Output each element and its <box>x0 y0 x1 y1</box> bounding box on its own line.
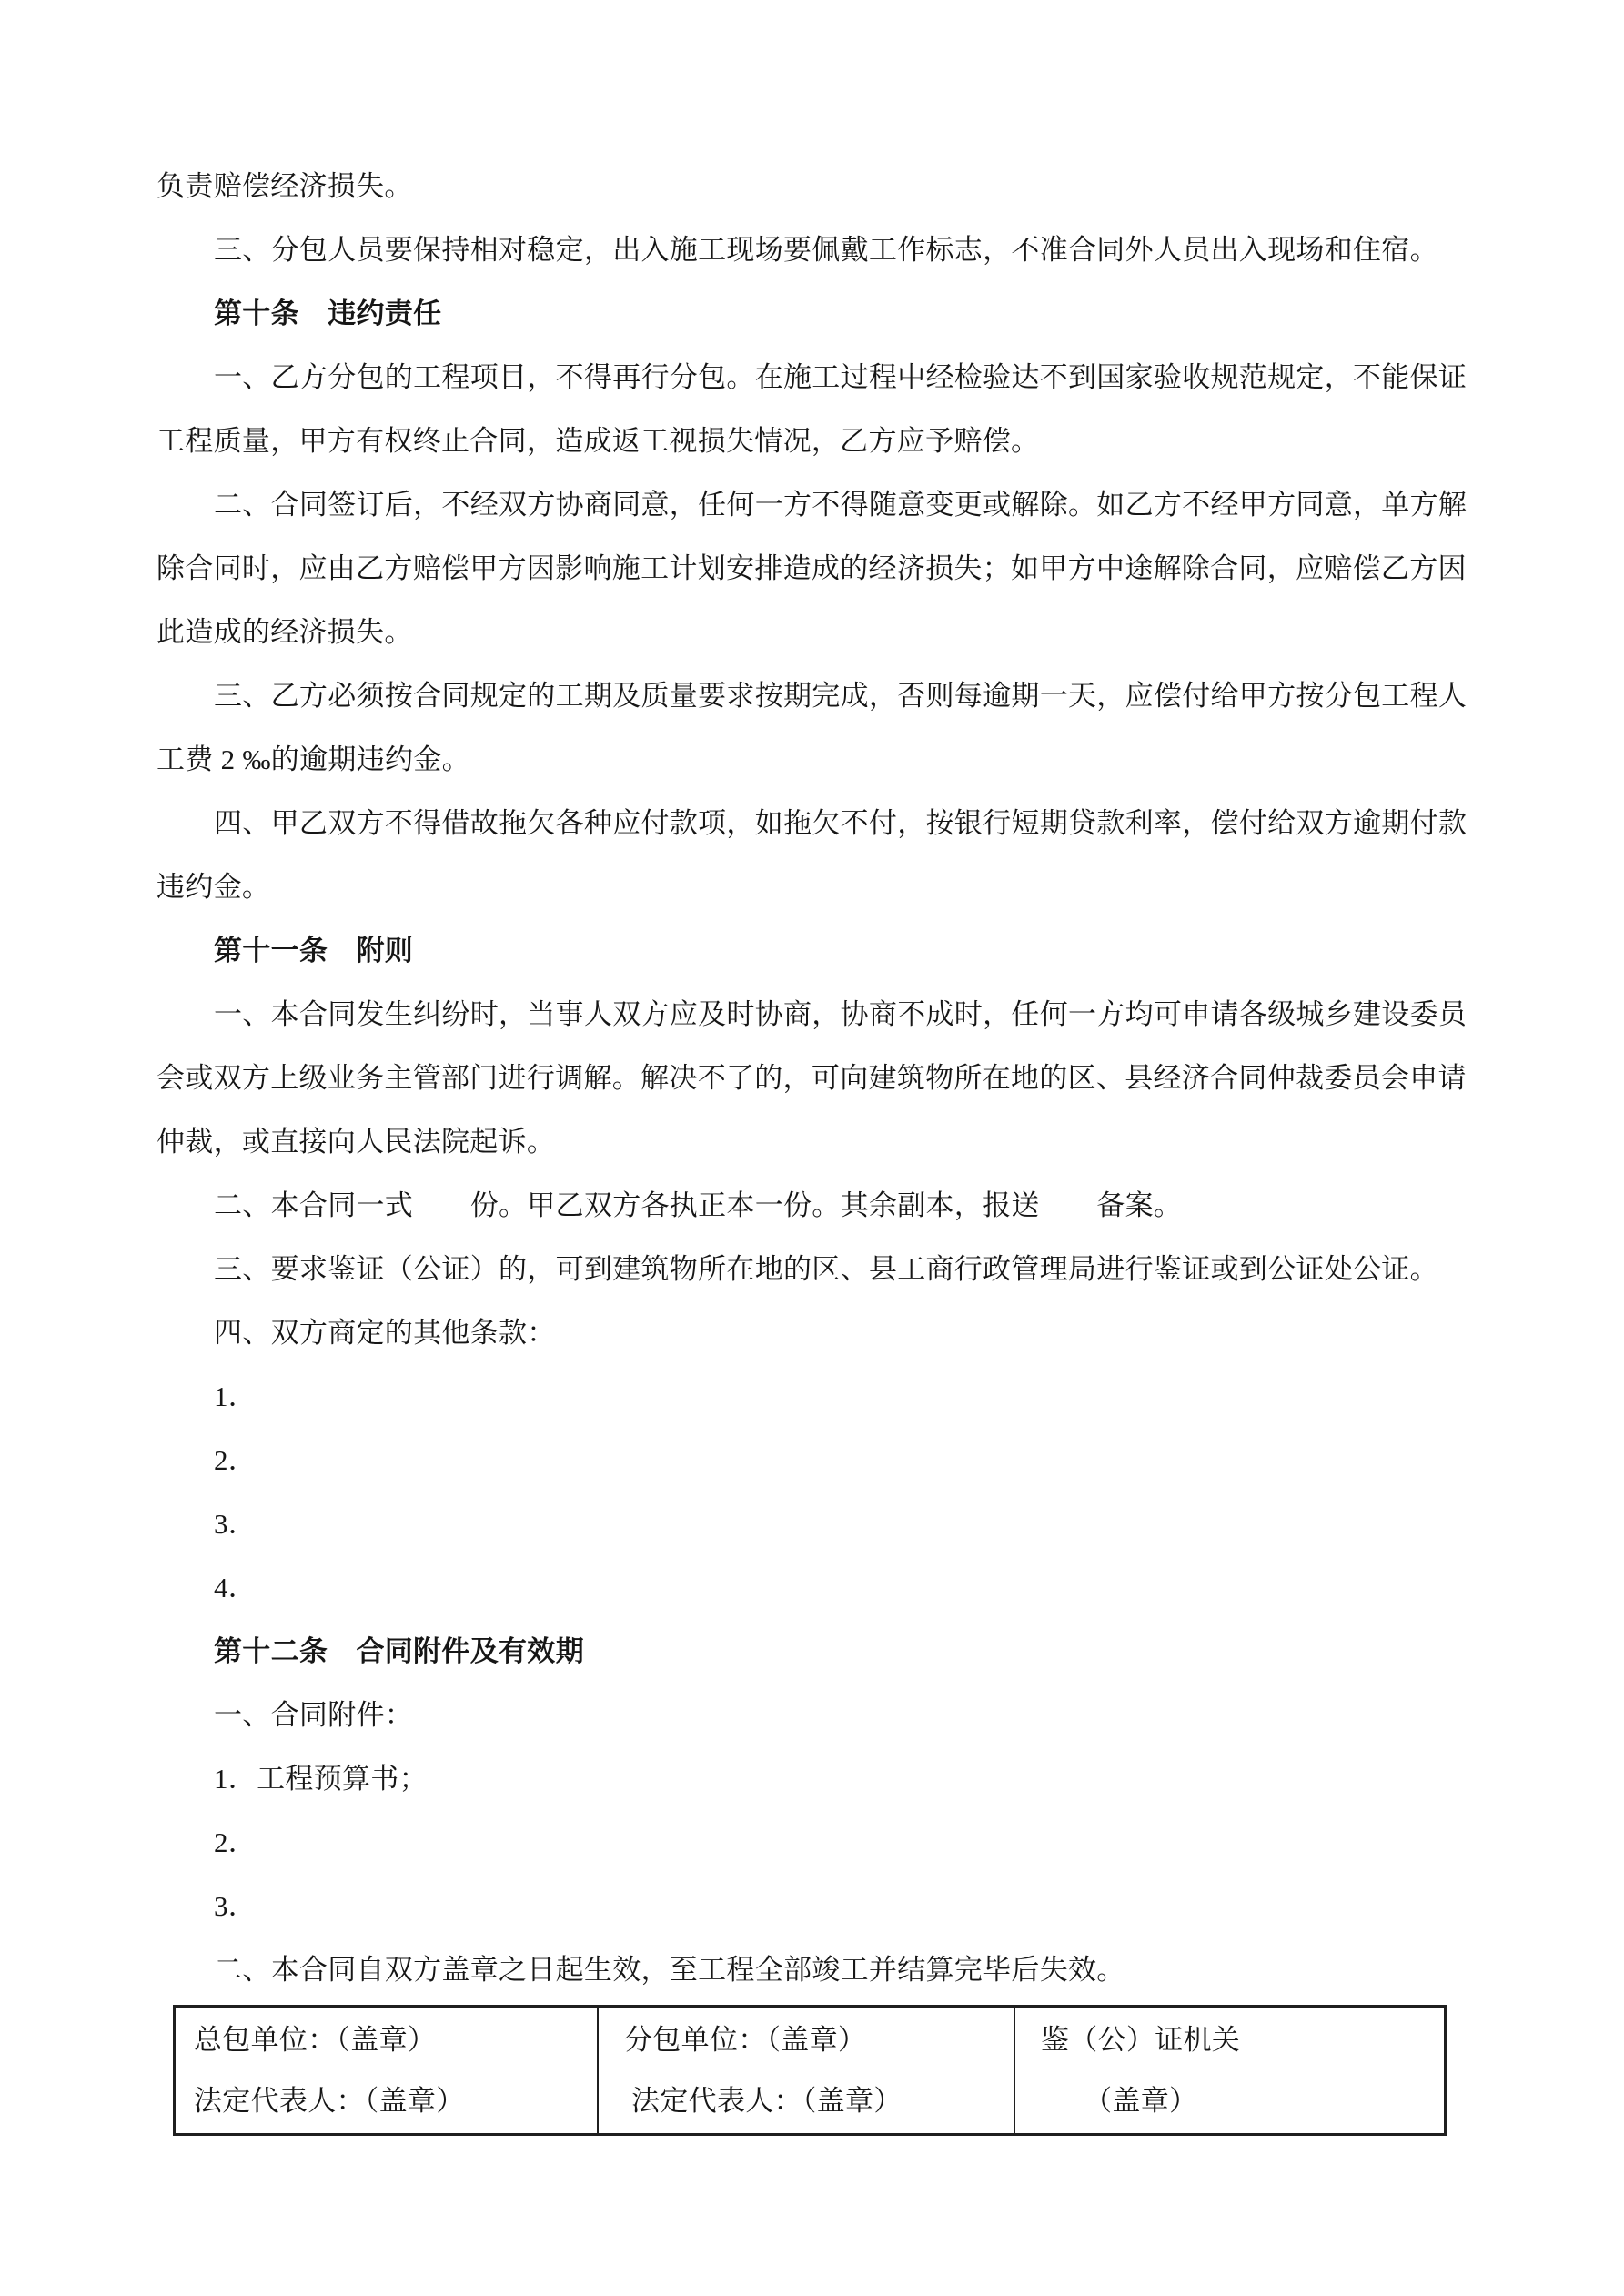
contract-page: 负责赔偿经济损失。三、分包人员要保持相对稳定，出入施工现场要佩戴工作标志，不准合… <box>0 0 1624 2296</box>
text-line: 三、分包人员要保持相对稳定，出入施工现场要佩戴工作标志，不准合同外人员出入现场和… <box>156 218 1468 282</box>
section-heading: 第十二条 合同附件及有效期 <box>156 1620 1468 1684</box>
text-line: 此造成的经济损失。 <box>156 601 1468 664</box>
text-line: 仲裁，或直接向人民法院起诉。 <box>156 1110 1468 1174</box>
section-heading: 第十一条 附则 <box>156 919 1468 983</box>
text-line: 一、合同附件： <box>156 1684 1468 1747</box>
text-line: 4． <box>156 1556 1468 1620</box>
subcontractor-cell: 分包单位：（盖章） 法定代表人：（盖章） <box>597 2008 1014 2133</box>
text-line: 三、乙方必须按合同规定的工期及质量要求按期完成，否则每逾期一天，应偿付给甲方按分… <box>156 664 1468 728</box>
notary-seal-label: （盖章） <box>1041 2070 1444 2131</box>
text-line: 负责赔偿经济损失。 <box>156 155 1468 218</box>
subcontractor-representative-label: 法定代表人：（盖章） <box>624 2070 1014 2131</box>
signature-table: 总包单位：（盖章） 法定代表人：（盖章） 分包单位：（盖章） 法定代表人：（盖章… <box>173 2005 1447 2136</box>
notary-authority-label: 鉴（公）证机关 <box>1041 2009 1444 2070</box>
text-line: 二、本合同一式 份。甲乙双方各执正本一份。其余副本，报送 备案。 <box>156 1174 1468 1238</box>
text-line: 2． <box>156 1429 1468 1492</box>
text-line: 一、乙方分包的工程项目，不得再行分包。在施工过程中经检验达不到国家验收规范规定，… <box>156 346 1468 410</box>
text-line: 二、本合同自双方盖章之日起生效，至工程全部竣工并结算完毕后失效。 <box>156 1938 1468 2002</box>
text-line: 工程质量，甲方有权终止合同，造成返工视损失情况，乙方应予赔偿。 <box>156 410 1468 473</box>
general-contractor-cell: 总包单位：（盖章） 法定代表人：（盖章） <box>176 2008 597 2133</box>
text-line: 四、甲乙双方不得借故拖欠各种应付款项，如拖欠不付，按银行短期贷款利率，偿付给双方… <box>156 792 1468 855</box>
text-line: 1． <box>156 1365 1468 1429</box>
text-line: 2． <box>156 1811 1468 1875</box>
text-line: 一、本合同发生纠纷时，当事人双方应及时协商，协商不成时，任何一方均可申请各级城乡… <box>156 983 1468 1047</box>
general-contractor-representative-label: 法定代表人：（盖章） <box>194 2070 597 2131</box>
text-line: 1．工程预算书； <box>156 1747 1468 1811</box>
text-line: 3． <box>156 1492 1468 1556</box>
text-line: 工费 2 ‰的逾期违约金。 <box>156 728 1468 792</box>
text-line: 3． <box>156 1875 1468 1938</box>
document-body: 负责赔偿经济损失。三、分包人员要保持相对稳定，出入施工现场要佩戴工作标志，不准合… <box>156 155 1468 2002</box>
text-line: 除合同时，应由乙方赔偿甲方因影响施工计划安排造成的经济损失；如甲方中途解除合同，… <box>156 537 1468 601</box>
text-line: 违约金。 <box>156 855 1468 919</box>
general-contractor-seal-label: 总包单位：（盖章） <box>194 2009 597 2070</box>
text-line: 四、双方商定的其他条款： <box>156 1301 1468 1365</box>
section-heading: 第十条 违约责任 <box>156 282 1468 346</box>
notary-authority-cell: 鉴（公）证机关 （盖章） <box>1014 2008 1444 2133</box>
text-line: 会或双方上级业务主管部门进行调解。解决不了的，可向建筑物所在地的区、县经济合同仲… <box>156 1047 1468 1110</box>
subcontractor-seal-label: 分包单位：（盖章） <box>624 2009 1014 2070</box>
text-line: 三、要求鉴证（公证）的，可到建筑物所在地的区、县工商行政管理局进行鉴证或到公证处… <box>156 1238 1468 1301</box>
text-line: 二、合同签订后，不经双方协商同意，任何一方不得随意变更或解除。如乙方不经甲方同意… <box>156 473 1468 537</box>
